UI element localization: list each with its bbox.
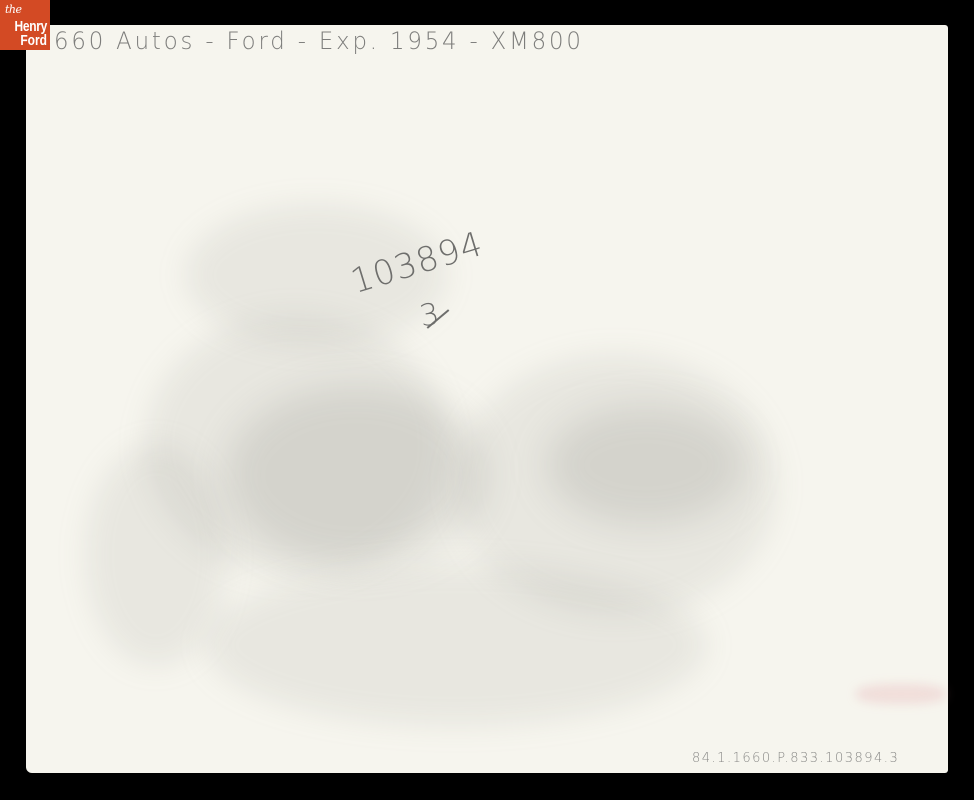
- logo-the: the: [5, 3, 22, 16]
- faint-red-stamp: [856, 684, 946, 704]
- bleed-through-texture: [226, 385, 486, 565]
- bleed-through-texture: [206, 565, 706, 725]
- top-inscription: 660 Autos - Ford - Exp. 1954 - XM800: [54, 27, 584, 55]
- accession-number: 84.1.1660.P.833.103894.3: [692, 751, 899, 766]
- logo-ford: Ford: [20, 32, 47, 49]
- bleed-through-texture: [546, 405, 746, 525]
- henry-ford-logo: the Henry Ford: [0, 0, 50, 50]
- photograph-back: [26, 25, 948, 773]
- bleed-through-texture: [86, 445, 226, 665]
